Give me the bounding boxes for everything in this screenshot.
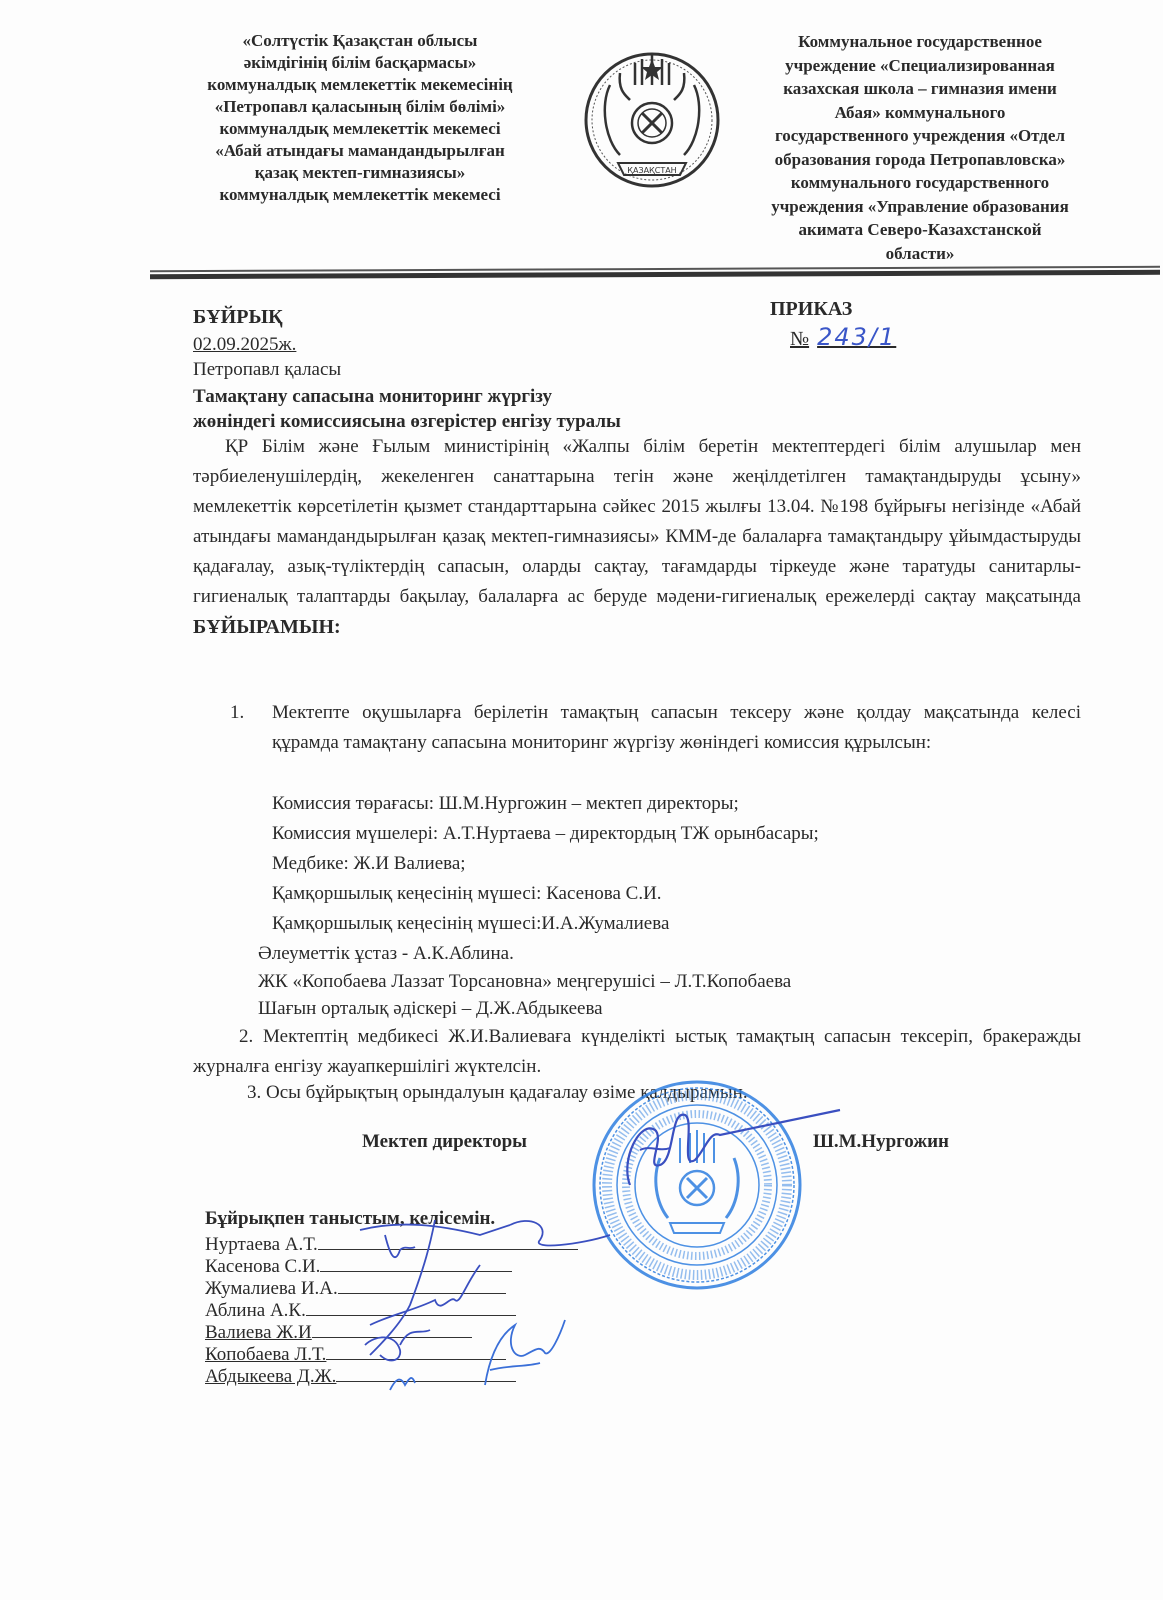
signature-line <box>326 1342 506 1360</box>
signatory-role: Мектеп директоры <box>362 1131 527 1153</box>
acknowledgement-row: Касенова С.И. <box>205 1254 512 1278</box>
header-kz-line: «Абай атындағы мамандандырылған <box>155 140 565 162</box>
header-ru-line: Абая» коммунального <box>720 101 1120 125</box>
acknowledgement-heading: Бұйрықпен таныстым, келісемін. <box>205 1208 495 1230</box>
commission-member: Әлеуметтік ұстаз - А.К.Аблина. <box>258 940 514 967</box>
acknowledger-name: Копобаева Л.Т. <box>205 1344 326 1365</box>
header-kz-line: коммуналдық мемлекеттік мекемесінің <box>155 74 565 96</box>
header-ru-line: коммунального государственного <box>720 171 1120 195</box>
header-divider <box>150 270 1160 279</box>
signature-line <box>320 1254 512 1272</box>
acknowledgement-row: Аблина А.К. <box>205 1298 516 1322</box>
order-city: Петропавл қаласы <box>193 359 341 381</box>
order-number: №243/1 <box>790 323 896 351</box>
signature-line <box>306 1298 516 1316</box>
acknowledgement-row: Валиева Ж.И <box>205 1320 472 1344</box>
acknowledgement-row: Абдыкеева Д.Ж. <box>205 1364 516 1388</box>
header-org-ru: Коммунальное государственное учреждение … <box>720 30 1120 265</box>
acknowledgement-row: Жумалиева И.А. <box>205 1276 506 1300</box>
header-kz-line: «Петропавл қаласының білім бөлімі» <box>155 96 565 118</box>
header-org-kz: «Солтүстік Қазақстан облысы әкімдігінің … <box>155 30 565 206</box>
commission-member: Қамқоршылық кеңесінің мүшесі: Касенова С… <box>272 880 662 907</box>
item-text: Мектептің медбикесі Ж.И.Валиеваға күндел… <box>193 1026 1081 1077</box>
acknowledger-name: Касенова С.И. <box>205 1256 320 1277</box>
order-item-2: 2. Мектептің медбикесі Ж.И.Валиеваға күн… <box>193 1022 1081 1082</box>
acknowledger-name: Валиева Ж.И <box>205 1322 312 1343</box>
order-subject: Тамақтану сапасына мониторинг жүргізу жө… <box>193 384 621 434</box>
header-kz-line: коммуналдық мемлекеттік мекемесі <box>155 118 565 140</box>
subject-line: жөніндегі комиссиясына өзгерістер енгізу… <box>193 409 621 434</box>
header-kz-line: коммуналдық мемлекеттік мекемесі <box>155 184 565 206</box>
header-ru-line: учреждение «Специализированная <box>720 54 1120 78</box>
signature-line <box>338 1276 506 1294</box>
preamble-text: ҚР Білім және Ғылым министірінің «Жалпы … <box>193 436 1081 607</box>
number-sign: № <box>790 328 809 350</box>
commission-member: Қамқоршылық кеңесінің мүшесі:И.А.Жумалие… <box>272 910 669 937</box>
commission-member: Шағын орталық әдіскері – Д.Ж.Абдыкеева <box>258 995 603 1022</box>
header-ru-line: казахская школа – гимназия имени <box>720 77 1120 101</box>
commission-member: Комиссия төрағасы: Ш.М.Нургожин – мектеп… <box>272 790 739 817</box>
item-number: 1. <box>230 698 272 757</box>
header-kz-line: әкімдігінің білім басқармасы» <box>155 52 565 74</box>
header-ru-line: Коммунальное государственное <box>720 30 1120 54</box>
header-kz-line: «Солтүстік Қазақстан облысы <box>155 30 565 52</box>
subject-line: Тамақтану сапасына мониторинг жүргізу <box>193 384 621 409</box>
signature-line <box>336 1364 516 1382</box>
header-kz-line: қазақ мектеп-гимназиясы» <box>155 162 565 184</box>
acknowledgement-row: Нуртаева А.Т. <box>205 1232 578 1256</box>
svg-text:ҚАЗАҚСТАН: ҚАЗАҚСТАН <box>627 166 676 175</box>
item-number: 3. <box>247 1082 261 1103</box>
header-ru-line: образования города Петропавловска» <box>720 148 1120 172</box>
order-number-handwritten: 243/1 <box>817 323 896 351</box>
order-title-ru: ПРИКАЗ <box>770 298 852 321</box>
order-title-kz: БҰЙРЫҚ <box>193 306 283 329</box>
header-ru-line: учреждения «Управление образования <box>720 195 1120 219</box>
signatory-name: Ш.М.Нургожин <box>813 1131 949 1153</box>
order-date: 02.09.2025ж. <box>193 334 296 356</box>
acknowledger-name: Аблина А.К. <box>205 1300 306 1321</box>
commission-member: Комиссия мүшелері: А.Т.Нуртаева – директ… <box>272 820 819 847</box>
acknowledger-name: Жумалиева И.А. <box>205 1278 338 1299</box>
state-emblem-icon: ҚАЗАҚСТАН <box>580 45 725 195</box>
preamble-paragraph: ҚР Білім және Ғылым министірінің «Жалпы … <box>193 432 1081 643</box>
official-seal-icon <box>590 1078 805 1293</box>
acknowledger-name: Нуртаева А.Т. <box>205 1234 318 1255</box>
header-ru-line: области» <box>720 242 1120 266</box>
signature-line <box>318 1232 578 1250</box>
command-word: БҰЙЫРАМЫН: <box>193 616 341 638</box>
acknowledger-name: Абдыкеева Д.Ж. <box>205 1366 336 1387</box>
item-text: Мектепте оқушыларға берілетін тамақтың с… <box>272 698 1081 757</box>
commission-member: Медбике: Ж.И Валиева; <box>272 850 466 877</box>
header-ru-line: акимата Северо-Казахстанской <box>720 218 1120 242</box>
item-number: 2. <box>239 1026 253 1047</box>
signature-line <box>312 1320 472 1338</box>
header-ru-line: государственного учреждения «Отдел <box>720 124 1120 148</box>
acknowledgement-row: Копобаева Л.Т. <box>205 1342 506 1366</box>
commission-member: ЖК «Копобаева Лаззат Торсановна» меңгеру… <box>258 968 791 995</box>
order-item-1: 1. Мектепте оқушыларға берілетін тамақты… <box>230 698 1081 757</box>
